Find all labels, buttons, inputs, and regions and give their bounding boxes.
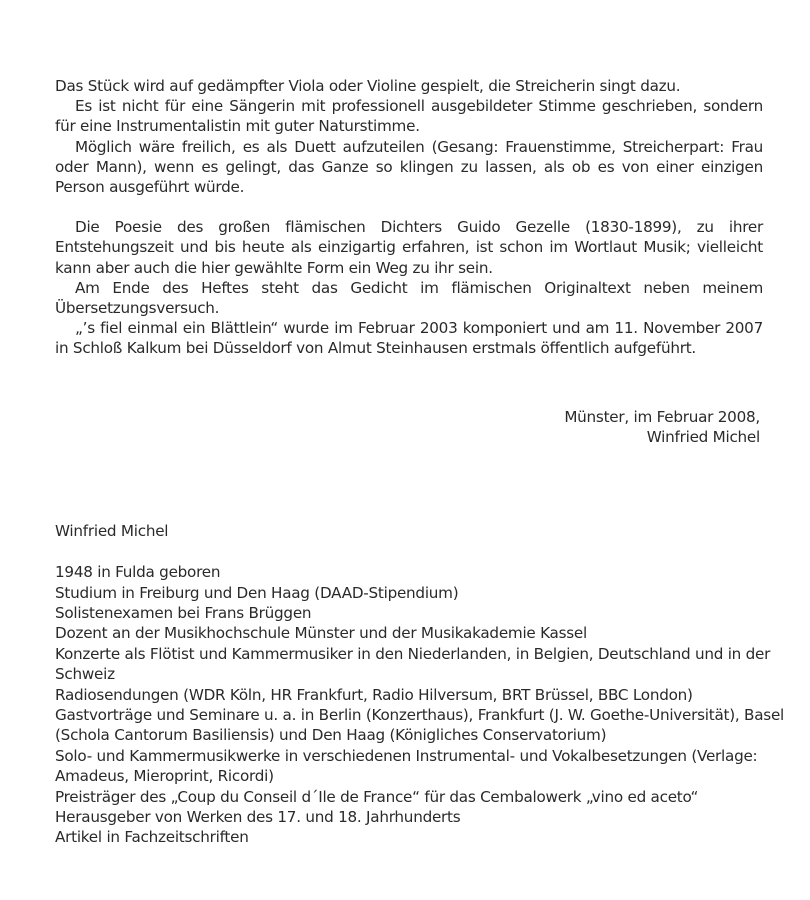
paragraph-poet-note: Die Poesie des großen flämischen Dichter… <box>55 217 763 278</box>
biography-item: Solo- und Kammermusikwerke in verschiede… <box>55 746 795 787</box>
biography-item: Studium in Freiburg und Den Haag (DAAD-S… <box>55 583 795 603</box>
biography-item: Gastvorträge und Seminare u. a. in Berli… <box>55 705 795 746</box>
paragraph-duet-note: Möglich wäre freilich, es als Duett aufz… <box>55 137 763 198</box>
biography-heading: Winfried Michel <box>55 521 795 541</box>
signature-author: Winfried Michel <box>564 427 760 447</box>
signature-place-date: Münster, im Februar 2008, <box>564 407 760 427</box>
paragraph-original-text-note: Am Ende des Heftes steht das Gedicht im … <box>55 278 763 318</box>
biography-item: Radiosendungen (WDR Köln, HR Frankfurt, … <box>55 685 795 705</box>
biography-list: 1948 in Fulda geboren Studium in Freibur… <box>55 562 795 848</box>
section-spacer <box>55 197 763 217</box>
biography: Winfried Michel 1948 in Fulda geboren St… <box>55 521 795 848</box>
preface-section-2: Die Poesie des großen flämischen Dichter… <box>55 217 763 358</box>
paragraph-premiere-note: „’s fiel einmal ein Blättlein“ wurde im … <box>55 318 763 358</box>
biography-item: Dozent an der Musikhochschule Münster un… <box>55 623 795 643</box>
paragraph-voice-note: Es ist nicht für eine Sängerin mit profe… <box>55 96 763 136</box>
paragraph-performance-note: Das Stück wird auf gedämpfter Viola oder… <box>55 76 763 96</box>
biography-item: Herausgeber von Werken des 17. und 18. J… <box>55 807 795 827</box>
biography-item: Konzerte als Flötist und Kammermusiker i… <box>55 644 795 685</box>
biography-item: Artikel in Fachzeitschriften <box>55 827 795 847</box>
preface-section-1: Das Stück wird auf gedämpfter Viola oder… <box>55 76 763 197</box>
signature-block: Münster, im Februar 2008, Winfried Miche… <box>564 407 760 447</box>
biography-item: 1948 in Fulda geboren <box>55 562 795 582</box>
biography-item: Solistenexamen bei Frans Brüggen <box>55 603 795 623</box>
preface-text: Das Stück wird auf gedämpfter Viola oder… <box>55 76 763 359</box>
biography-item: Preisträger des „Coup du Conseil d´Ile d… <box>55 787 795 807</box>
